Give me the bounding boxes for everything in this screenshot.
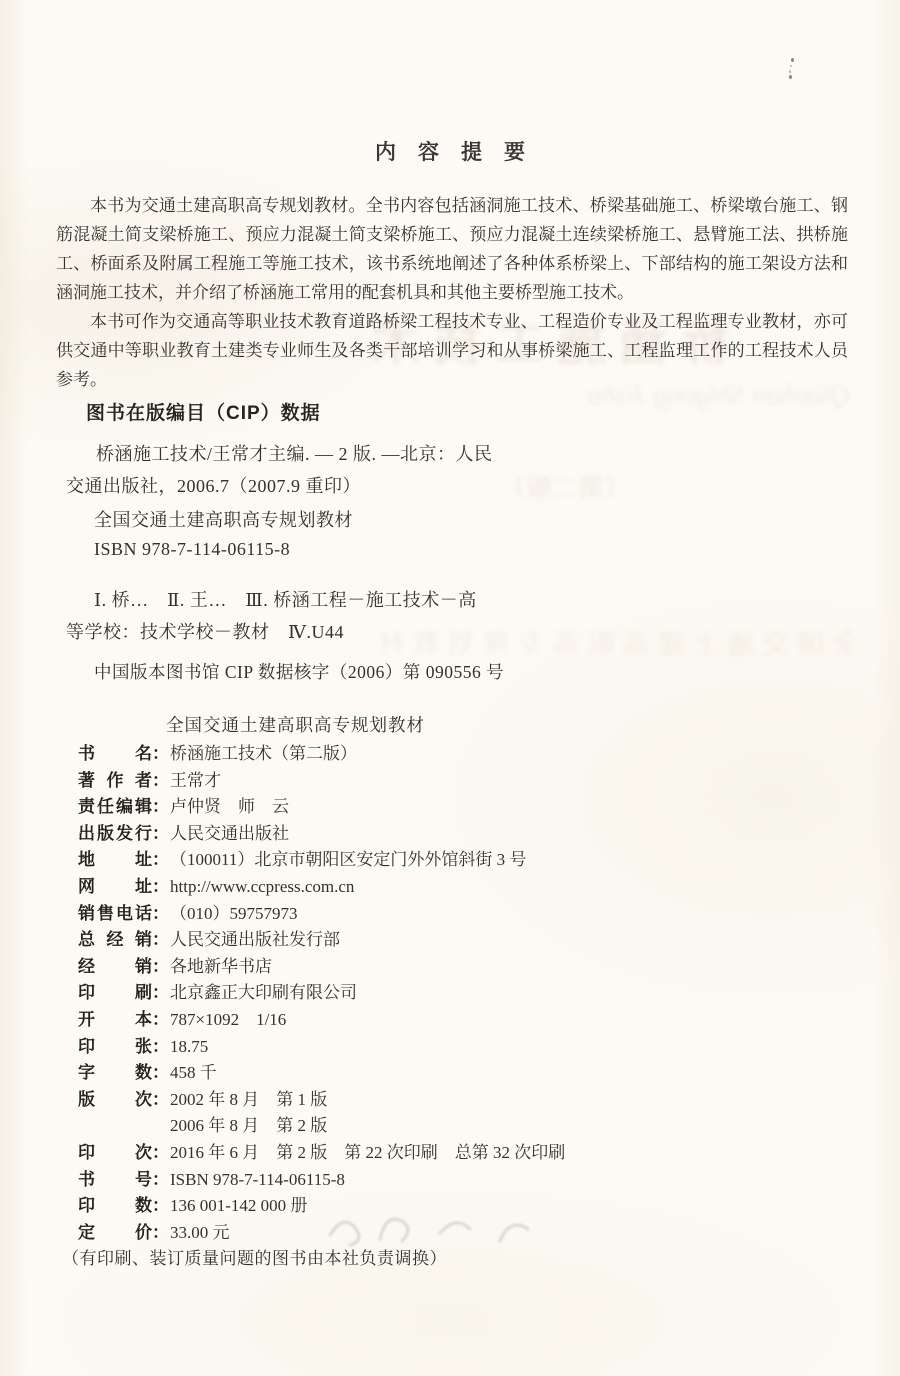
row-value: 2016 年 6 月 第 2 版 第 22 次印刷 总第 32 次印刷: [170, 1140, 565, 1167]
cip-classification-line: 等学校：技术学校－教材 Ⅳ.U44: [66, 618, 344, 644]
row-value: 136 001-142 000 册: [170, 1193, 307, 1220]
colophon-row-printer: 印刷：北京鑫正大印刷有限公司: [78, 980, 848, 1007]
row-colon: ：: [152, 768, 166, 795]
row-label: 著作者: [78, 768, 152, 795]
book-copyright-page: { "page": { "title": "内容提要" }, "summary"…: [0, 0, 900, 1376]
cip-series-line: 全国交通土建高职高专规划教材: [94, 506, 353, 532]
row-label: 书号: [78, 1167, 152, 1194]
cip-heading: 图书在版编目（CIP）数据: [86, 398, 321, 425]
row-label: 书名: [78, 741, 152, 768]
colophon-row-isbn: 书号：ISBN 978-7-114-06115-8: [78, 1167, 848, 1194]
row-label: 销售电话: [78, 901, 152, 928]
cip-classification-line: Ⅰ. 桥… Ⅱ. 王… Ⅲ. 桥涵工程－施工技术－高: [94, 586, 477, 612]
content-summary: 本书为交通土建高职高专规划教材。全书内容包括涵洞施工技术、桥梁基础施工、桥梁墩台…: [56, 191, 848, 394]
row-value: http://www.ccpress.com.cn: [170, 874, 354, 901]
colophon-row-sales-phone: 销售电话：（010）59757973: [78, 901, 848, 928]
row-colon: ：: [152, 741, 166, 768]
row-colon: ：: [152, 1060, 166, 1087]
row-label: 印数: [78, 1193, 152, 1220]
row-colon: ：: [152, 927, 166, 954]
row-value: 人民交通出版社发行部: [170, 927, 340, 954]
row-colon: ：: [152, 794, 166, 821]
colophon-row-price: 定价：33.00 元: [78, 1220, 848, 1247]
colophon-row-website: 网址：http://www.ccpress.com.cn: [78, 874, 848, 901]
row-colon: ：: [152, 954, 166, 981]
colophon-row-edition: 版次：2002 年 8 月 第 1 版: [78, 1087, 848, 1114]
row-value: 各地新华书店: [170, 954, 272, 981]
colophon-list: 书名：桥涵施工技术（第二版） 著作者：王常才 责任编辑：卢仲贤 师 云 出版发行…: [78, 741, 848, 1246]
row-colon: ：: [152, 847, 166, 874]
row-colon: ：: [152, 1034, 166, 1061]
colophon-row-sheets: 印张：18.75: [78, 1034, 848, 1061]
colophon-row-editor: 责任编辑：卢仲贤 师 云: [78, 794, 848, 821]
row-colon: ：: [152, 901, 166, 928]
colophon-row-address: 地址：（100011）北京市朝阳区安定门外外馆斜街 3 号: [78, 847, 848, 874]
row-colon: ：: [152, 821, 166, 848]
cip-record-line: 交通出版社，2006.7（2007.9 重印）: [66, 472, 361, 498]
summary-paragraph: 本书为交通土建高职高专规划教材。全书内容包括涵洞施工技术、桥梁基础施工、桥梁墩台…: [56, 191, 848, 307]
row-value: 卢仲贤 师 云: [170, 794, 289, 821]
row-label: 印张: [78, 1034, 152, 1061]
colophon-row-publisher: 出版发行：人民交通出版社: [78, 821, 848, 848]
colophon-row-print-run: 印数：136 001-142 000 册: [78, 1193, 848, 1220]
quality-exchange-note: （有印刷、装订质量问题的图书由本社负责调换）: [62, 1244, 447, 1269]
row-colon: ：: [152, 1007, 166, 1034]
row-label: 总经销: [78, 927, 152, 954]
row-label: 网址: [78, 874, 152, 901]
row-label: 经销: [78, 954, 152, 981]
row-value: （100011）北京市朝阳区安定门外外馆斜街 3 号: [170, 847, 526, 874]
colophon-row-impression: 印次：2016 年 6 月 第 2 版 第 22 次印刷 总第 32 次印刷: [78, 1140, 848, 1167]
cip-isbn: ISBN 978-7-114-06115-8: [94, 539, 290, 560]
row-value: 人民交通出版社: [170, 821, 289, 848]
row-colon: ：: [152, 1140, 166, 1167]
cip-record-line: 桥涵施工技术/王常才主编. — 2 版. —北京：人民: [96, 440, 493, 466]
row-label: 字数: [78, 1060, 152, 1087]
row-colon: ：: [152, 1193, 166, 1220]
row-value: 2002 年 8 月 第 1 版: [170, 1087, 327, 1114]
row-label: 印次: [78, 1140, 152, 1167]
row-value: 18.75: [170, 1034, 208, 1061]
row-colon: ：: [152, 1220, 166, 1247]
cip-record-number: 中国版本图书馆 CIP 数据核字（2006）第 090556 号: [94, 659, 504, 684]
row-colon: ：: [152, 874, 166, 901]
page-title: 内容提要: [0, 136, 900, 166]
row-value: 王常才: [170, 768, 221, 795]
colophon-row-author: 著作者：王常才: [78, 768, 848, 795]
colophon-series-heading: 全国交通土建高职高专规划教材: [166, 712, 425, 737]
row-label: 版次: [78, 1087, 152, 1114]
row-label: 印刷: [78, 980, 152, 1007]
colophon-row-format: 开本：787×1092 1/16: [78, 1007, 848, 1034]
page-content: 内容提要 本书为交通土建高职高专规划教材。全书内容包括涵洞施工技术、桥梁基础施工…: [0, 0, 900, 1376]
row-value: 458 千: [170, 1060, 217, 1087]
colophon-row-edition-continued: ：2006 年 8 月 第 2 版: [78, 1113, 848, 1140]
row-colon: ：: [152, 1167, 166, 1194]
row-value: 桥涵施工技术（第二版）: [170, 741, 357, 768]
row-colon: ：: [152, 1087, 166, 1114]
colophon-row-word-count: 字数：458 千: [78, 1060, 848, 1087]
row-value: 北京鑫正大印刷有限公司: [170, 980, 357, 1007]
row-label: 出版发行: [78, 821, 152, 848]
row-label: 地址: [78, 847, 152, 874]
summary-paragraph: 本书可作为交通高等职业技术教育道路桥梁工程技术专业、工程造价专业及工程监理专业教…: [56, 307, 848, 394]
row-colon: ：: [152, 980, 166, 1007]
colophon-row-distributor: 经销：各地新华书店: [78, 954, 848, 981]
colophon-row-general-distributor: 总经销：人民交通出版社发行部: [78, 927, 848, 954]
row-label: 责任编辑: [78, 794, 152, 821]
colophon-row-book-title: 书名：桥涵施工技术（第二版）: [78, 741, 848, 768]
row-label: 开本: [78, 1007, 152, 1034]
row-label: 定价: [78, 1220, 152, 1247]
row-value: 787×1092 1/16: [170, 1007, 286, 1034]
row-value: ISBN 978-7-114-06115-8: [170, 1167, 345, 1194]
row-value: （010）59757973: [170, 901, 298, 928]
row-value: 2006 年 8 月 第 2 版: [170, 1113, 327, 1140]
row-value: 33.00 元: [170, 1220, 230, 1247]
